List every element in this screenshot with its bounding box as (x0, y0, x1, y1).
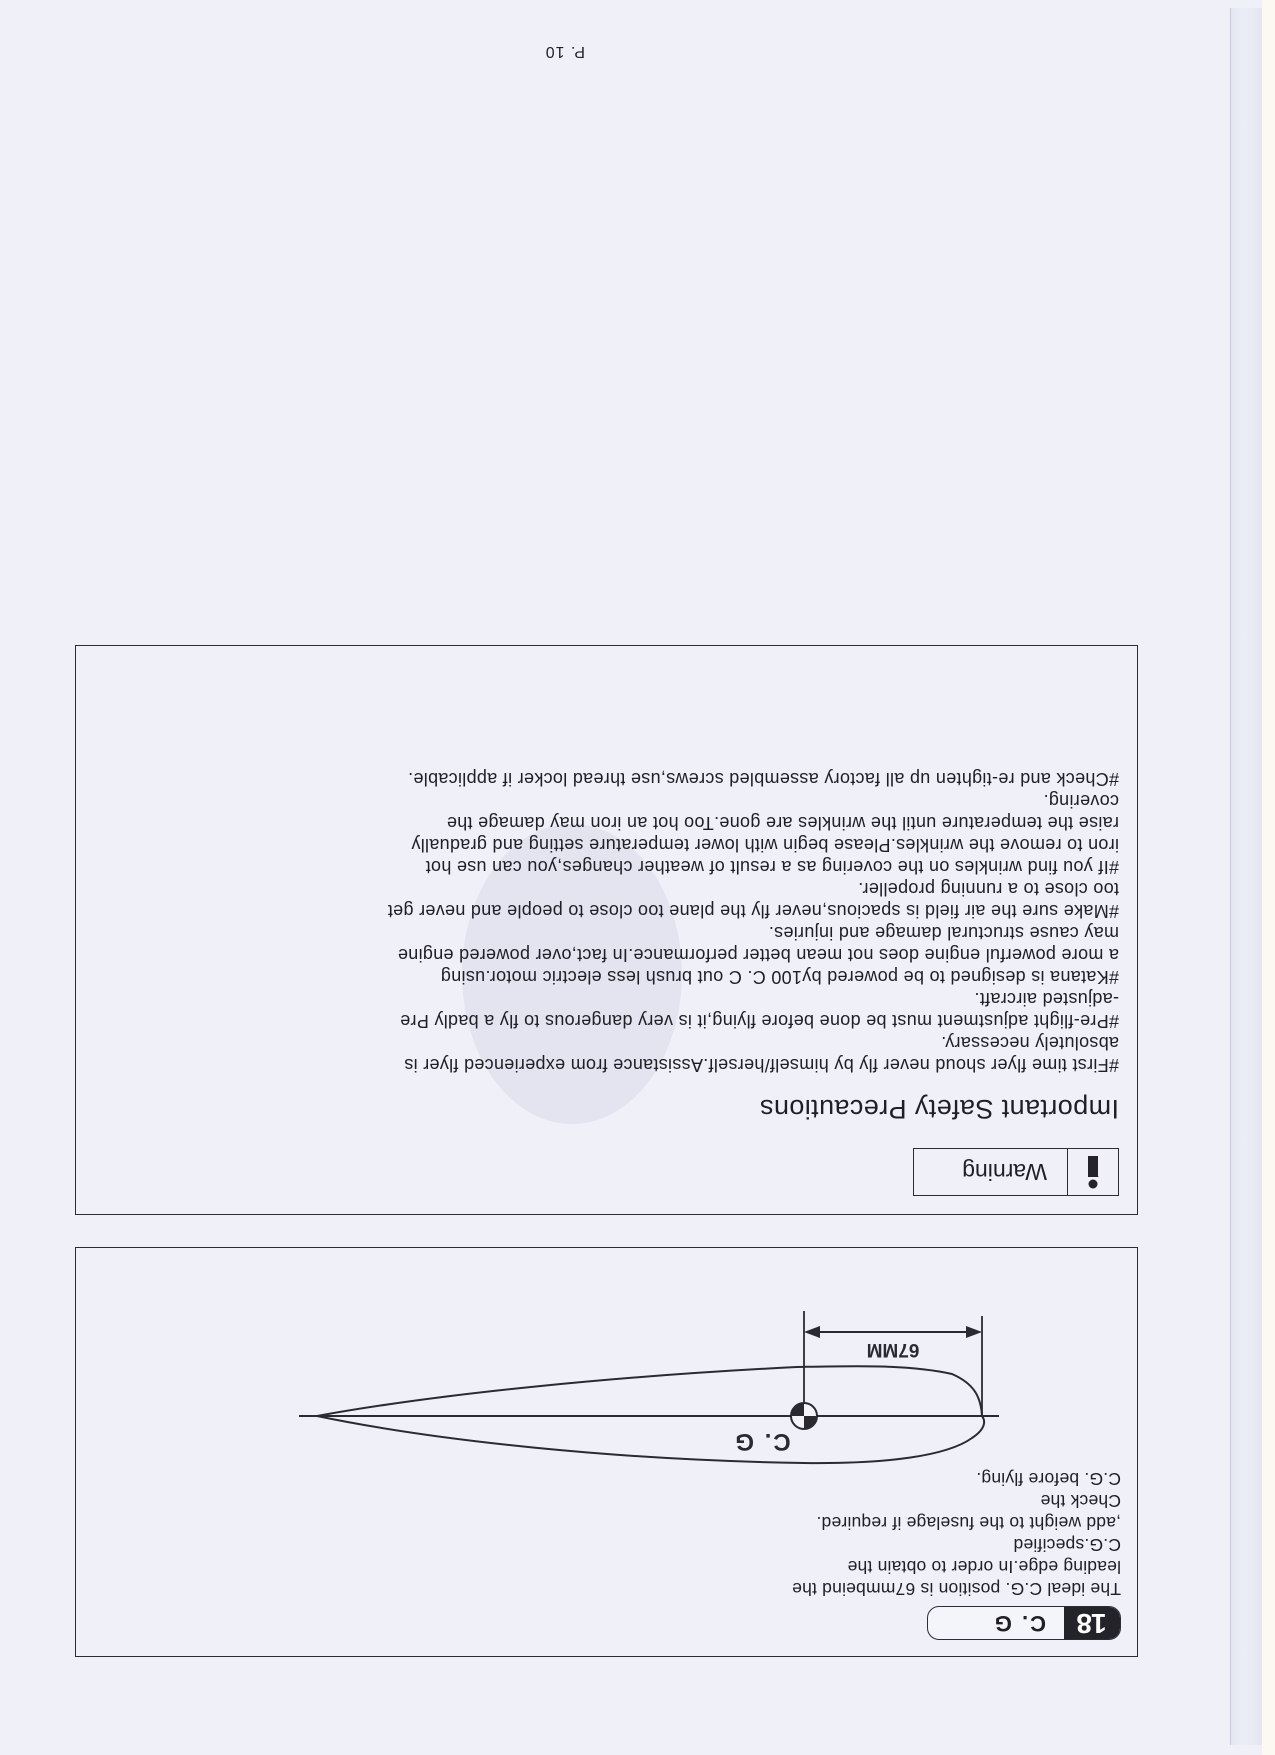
cg-section-box: 18 C. G The ideal C.G. position is 67mmb… (75, 1247, 1138, 1657)
warning-label: Warning (914, 1149, 1067, 1195)
safety-item: #If you find wrinkles on the covering as… (76, 790, 1119, 878)
safety-precautions-list: #First time flyer shoud never fly by him… (76, 768, 1119, 1076)
safety-item: #Make sure the air field is spacious,nev… (76, 878, 1119, 922)
center-of-gravity-icon (791, 1403, 817, 1429)
airfoil-outline (317, 1366, 984, 1463)
safety-heading: Important Safety Precautions (760, 1093, 1119, 1124)
safety-item: #Pre-flight adjustment must be done befo… (76, 988, 1119, 1032)
dimension-label: 67MM (867, 1339, 920, 1360)
arrow-head-left (966, 1326, 982, 1338)
arrow-head-right (804, 1326, 820, 1338)
safety-item: #Check and re-tighten up all factory ass… (76, 768, 1119, 790)
page-number: P. 10 (545, 42, 585, 60)
safety-item: #First time flyer shoud never fly by him… (76, 1032, 1119, 1076)
cg-label: C. G (733, 1428, 790, 1455)
scanner-edge (1262, 0, 1275, 1755)
safety-item: #Katana is designed to be powered by100 … (76, 922, 1119, 988)
page-content-rotated: 18 C. G The ideal C.G. position is 67mmb… (0, 0, 1275, 1755)
warning-section-box: Warning Important Safety Precautions #Fi… (75, 645, 1138, 1215)
warning-tag: Warning (913, 1148, 1119, 1196)
scanned-page: 18 C. G The ideal C.G. position is 67mmb… (0, 0, 1275, 1755)
airfoil-cg-diagram: 67MM C. G (74, 1246, 1137, 1656)
info-icon (1067, 1149, 1118, 1195)
page-fold-edge (1230, 8, 1264, 1745)
